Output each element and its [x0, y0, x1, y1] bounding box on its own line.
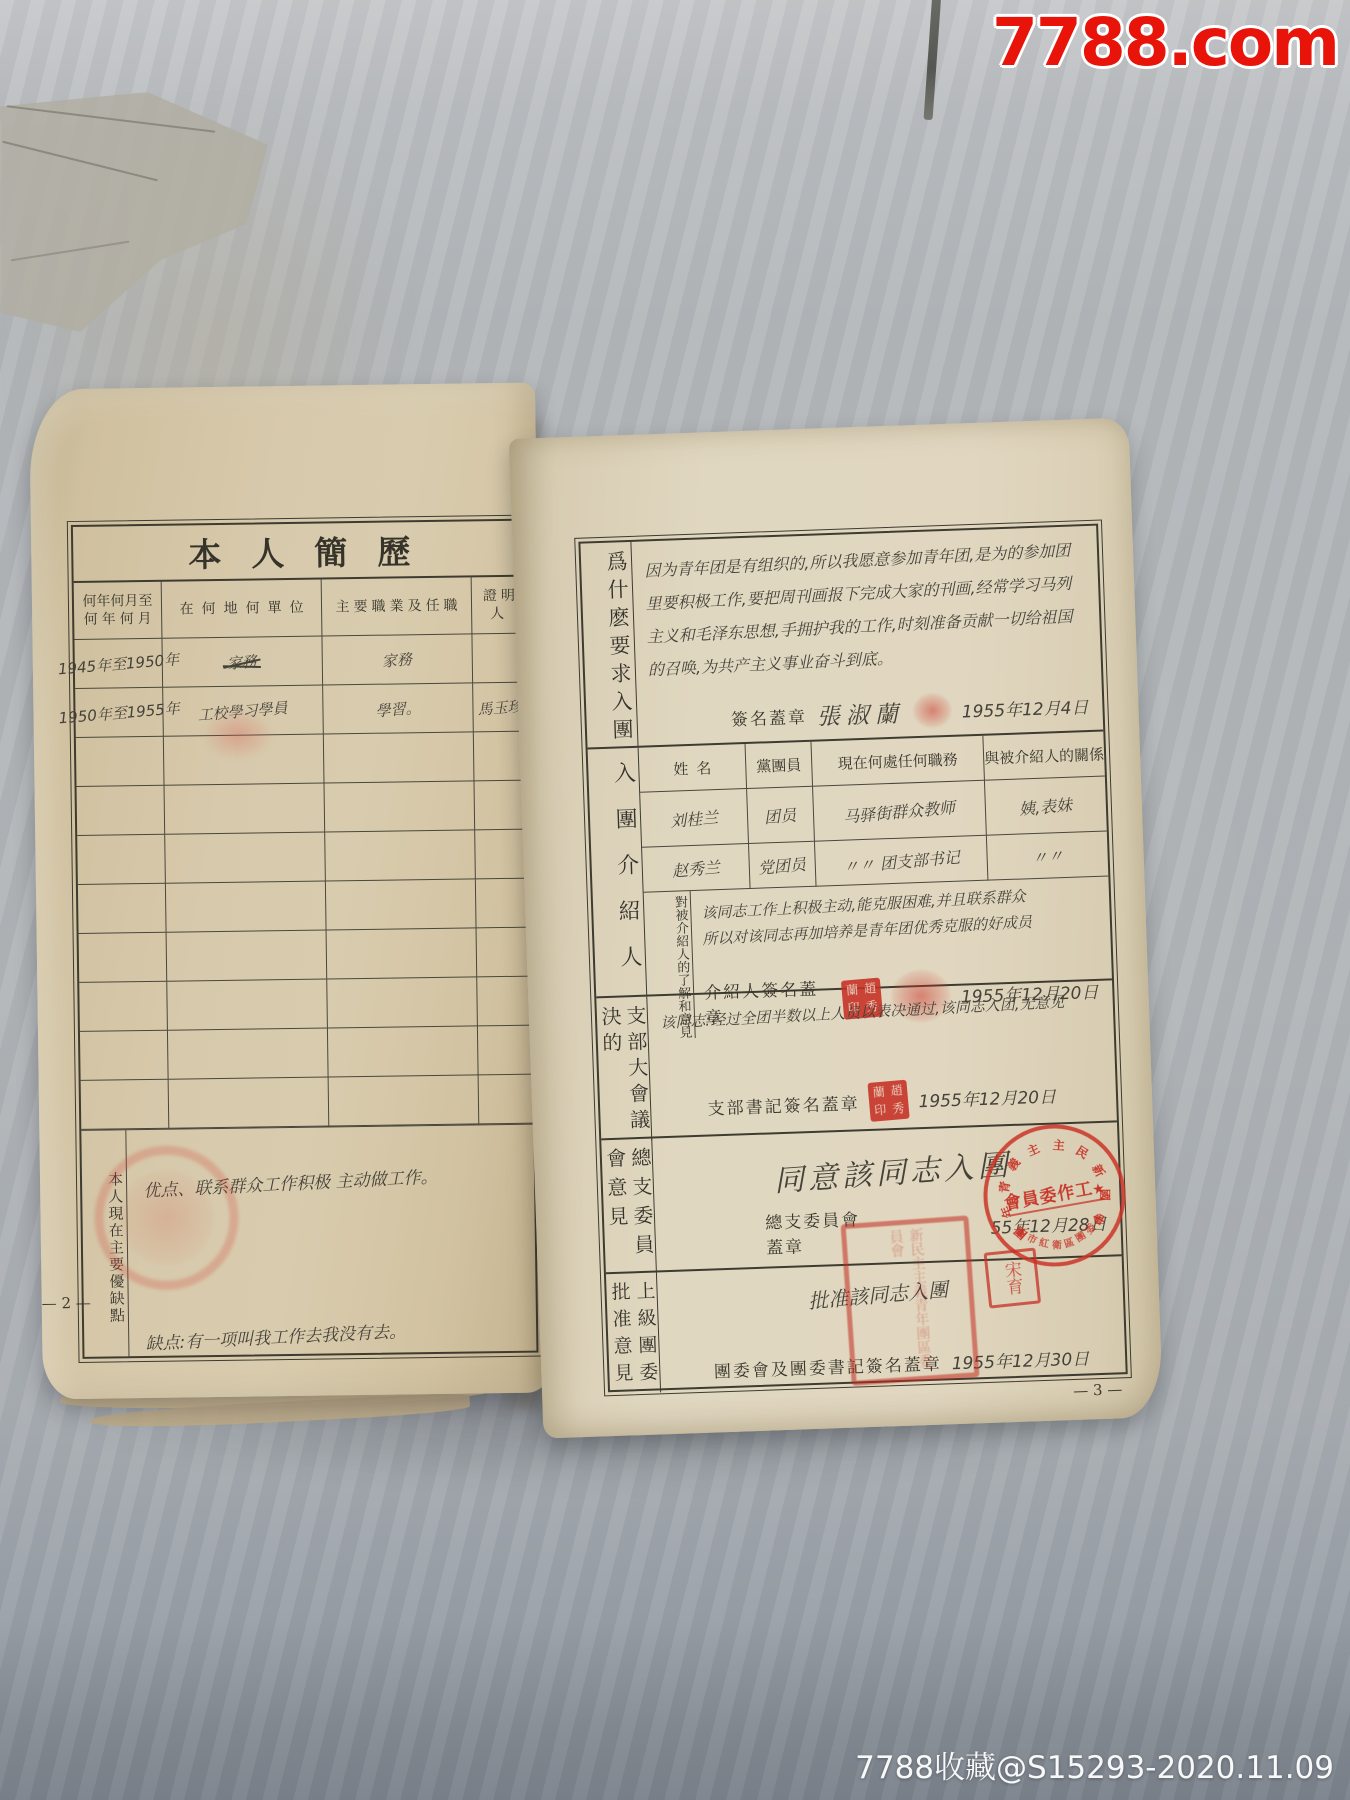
- right-page: 爲什麽要求入團 因为青年团是有组织的,所以我愿意参加青年团,是为的参加团 里要积…: [509, 417, 1164, 1438]
- table-cell-empty: [167, 930, 328, 981]
- table-cell-occupation: 家務: [322, 634, 473, 685]
- rectangular-red-stamp: 新民主主義青年團區委員會: [841, 1215, 980, 1386]
- col-header-occupation: 主要職業及任職: [322, 577, 473, 636]
- intro-header-membership: 黨團員: [745, 742, 813, 789]
- table-cell-empty: [77, 786, 166, 836]
- demerit-text: 缺点:有一项叫我工作去我没有去。: [145, 1311, 525, 1354]
- table-cell-empty: [329, 1075, 480, 1126]
- branch-body: 该同志:经过全团半数以上人员以表决通过,该同志入团,无意见 支部書記簽名蓋章 蘭…: [647, 980, 1117, 1136]
- intro-cell-relation: 姨,表妹: [984, 777, 1107, 836]
- section-introducers: 入團介紹人 姓名 黨團員 現在何處任何職務 與被介紹人的關係 刘桂兰 团员 马驿…: [588, 732, 1112, 999]
- table-cell-empty: [479, 1075, 534, 1125]
- table-cell-empty: [165, 783, 326, 834]
- intro-cell-name: 赵秀兰: [642, 844, 750, 893]
- table-cell-empty: [77, 835, 166, 885]
- general-branch-vertical-label: 總支委員會意見: [601, 1139, 657, 1273]
- table-cell-empty: [477, 928, 532, 978]
- table-cell-empty: [76, 737, 165, 787]
- intro-cell-relation: 〃〃: [986, 831, 1108, 880]
- footer-watermark: 7788收藏@S15293-2020.11.09: [855, 1742, 1334, 1787]
- right-page-frame: 爲什麽要求入團 因为青年团是有组织的,所以我愿意参加青年团,是为的参加团 里要积…: [578, 524, 1127, 1393]
- intro-header-job: 現在何處任何職務: [810, 736, 983, 787]
- table-cell-empty: [79, 982, 168, 1032]
- why-join-date: 1955年12月4日: [961, 693, 1089, 722]
- table-cell-empty: [78, 884, 167, 934]
- introducers-body: 姓名 黨團員 現在何處任何職務 與被介紹人的關係 刘桂兰 团员 马驿街群众教师 …: [639, 732, 1112, 995]
- table-cell-empty: [326, 879, 477, 930]
- branch-date: 1955年12月20日: [918, 1082, 1056, 1112]
- resume-table: 何年何月至 何年何月 在何地何單位 主要職業及任職 證明人 1945年至1950…: [74, 575, 534, 1130]
- red-thumbprint: [913, 693, 952, 728]
- rect-stamp-text: 新民主主義青年團區委員會: [885, 1223, 936, 1377]
- branch-sign-label: 支部書記簽名蓋章: [707, 1089, 860, 1119]
- introducers-table: 姓名 黨團員 現在何處任何職務 與被介紹人的關係 刘桂兰 团员 马驿街群众教师 …: [639, 732, 1109, 893]
- applicant-signature: 張淑蘭: [816, 695, 904, 731]
- left-page: 本人簡歷 何年何月至 何年何月 在何地何單位 主要職業及任職 證明人 1945年…: [29, 383, 549, 1400]
- table-cell-empty: [167, 979, 328, 1030]
- table-cell-empty: [478, 1026, 533, 1076]
- table-cell-empty: [165, 832, 326, 883]
- page-title: 本人簡歷: [73, 521, 526, 581]
- table-cell-period: 1945年至1950年: [74, 639, 163, 689]
- table-cell-empty: [325, 830, 476, 881]
- table-cell-period: 1950年至1955年: [75, 688, 164, 738]
- table-cell-empty: [166, 881, 327, 932]
- table-cell-occupation: 學習。: [323, 683, 474, 734]
- branch-vertical-label: 支部大會議決的: [596, 997, 652, 1143]
- table-cell-empty: [476, 879, 531, 929]
- table-cell-unit: 家務: [162, 637, 323, 688]
- table-cell-empty: [80, 1031, 169, 1081]
- site-watermark: 7788.com: [992, 4, 1338, 81]
- table-cell-empty: [328, 1026, 479, 1077]
- intro-header-relation: 與被介紹人的關係: [982, 732, 1104, 781]
- why-join-body: 因为青年团是有组织的,所以我愿意参加青年团,是为的参加团 里要积极工作,要把周刊…: [631, 526, 1103, 746]
- intro-cell-name: 刘桂兰: [640, 789, 748, 848]
- higher-vertical-label: 上級團委批准意見: [606, 1272, 661, 1394]
- sign-seal-label: 簽名蓋章: [730, 702, 807, 730]
- page-number-left: — 2 —: [42, 1294, 91, 1313]
- table-cell-empty: [324, 732, 475, 783]
- photo-scene: 本人簡歷 何年何月至 何年何月 在何地何單位 主要職業及任職 證明人 1945年…: [0, 0, 1350, 1800]
- why-join-handwriting: 因为青年团是有组织的,所以我愿意参加青年团,是为的参加团 里要积极工作,要把周刊…: [631, 526, 1101, 684]
- branch-secretary-seal: 蘭趙印秀: [868, 1080, 910, 1122]
- introducers-vertical-label: 入團介紹人: [588, 748, 648, 998]
- why-join-vertical-label: 爲什麽要求入團: [580, 542, 638, 748]
- table-cell-empty: [81, 1080, 170, 1130]
- small-square-seal: 宋育: [984, 1247, 1042, 1308]
- table-cell-empty: [168, 1028, 329, 1079]
- page-number-right: — 3 —: [1073, 1380, 1123, 1400]
- intro-cell-membership: 团员: [746, 787, 814, 844]
- intro-cell-job: 〃〃 团支部书记: [814, 836, 987, 887]
- higher-body: 批准該同志入團 團委會及團委書記簽名蓋章 1955年12月30日 新民主主義青年…: [657, 1256, 1126, 1392]
- section-higher-approval: 上級團委批准意見 批准該同志入團 團委會及團委書記簽名蓋章 1955年12月30…: [606, 1256, 1126, 1394]
- intro-cell-job: 马驿街群众教师: [812, 781, 986, 842]
- section-branch-resolution: 支部大會議決的 该同志:经过全团半数以上人员以表决通过,该同志入团,无意见 支部…: [596, 980, 1117, 1140]
- table-cell-empty: [325, 781, 476, 832]
- table-cell-empty: [327, 928, 478, 979]
- col-header-period: 何年何月至 何年何月: [74, 582, 163, 640]
- table-cell-empty: [477, 977, 532, 1027]
- table-cell-empty: [79, 933, 168, 983]
- table-cell-empty: [169, 1077, 330, 1128]
- section-why-join: 爲什麽要求入團 因为青年团是有组织的,所以我愿意参加青年团,是为的参加团 里要积…: [580, 526, 1103, 750]
- table-cell-empty: [327, 977, 478, 1028]
- dark-stick-mark: [924, 0, 942, 120]
- intro-header-name: 姓名: [639, 744, 747, 793]
- intro-cell-membership: 党团员: [748, 842, 816, 889]
- col-header-unit: 在何地何單位: [162, 580, 323, 639]
